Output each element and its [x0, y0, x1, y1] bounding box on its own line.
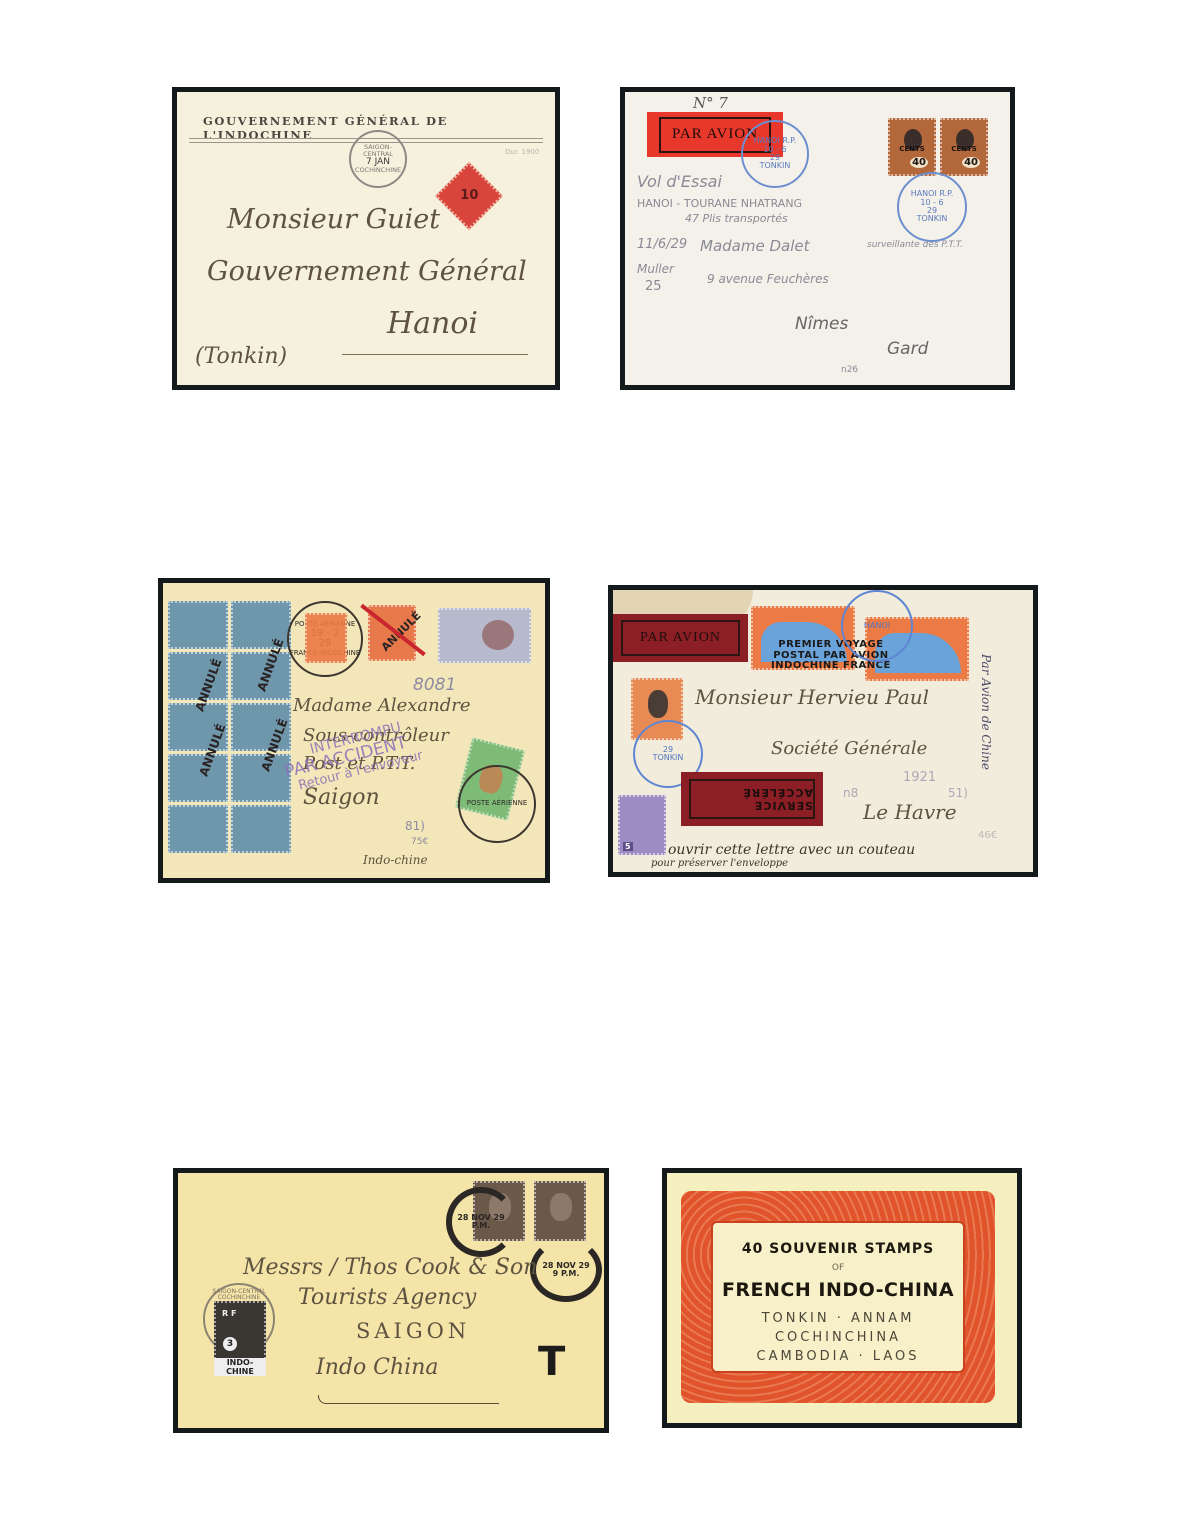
cover-thos-cook: 28 NOV 29 P.M. 28 NOV 29 9 P.M. Messrs /… — [173, 1168, 609, 1433]
stamp-orange-1 — [305, 613, 347, 663]
ornamental-frame: 40 SOUVENIR STAMPS OF FRENCH INDO-CHINA … — [681, 1191, 995, 1403]
address-line-1: Madame Dalet — [700, 237, 809, 255]
plis-note: 47 Plis transportés — [685, 212, 788, 225]
pencil-note-1921: 1921 — [903, 770, 936, 785]
number-note: N° 7 — [693, 94, 728, 112]
count-note: 25 — [645, 279, 662, 294]
address-line-3: 9 avenue Feuchères — [707, 272, 829, 286]
address-underline — [318, 1395, 499, 1404]
booklet-title: FRENCH INDO-CHINA — [722, 1279, 954, 1301]
cover-accident-mail: ANNULÉ ANNULÉ ANNULÉ ANNULÉ POSTE AÉRIEN… — [158, 578, 550, 883]
address-line-2: Tourists Agency — [298, 1285, 476, 1310]
address-line-4: Indo China — [316, 1355, 439, 1380]
underline — [342, 354, 528, 355]
inventory-note: n26 — [841, 365, 858, 375]
address-line-3: Hanoi — [387, 306, 478, 341]
tax-mark: T — [538, 1339, 565, 1385]
envelope: N° 7 PAR AVION HANOI R.P. 10 - 6 29 TONK… — [625, 92, 1010, 385]
cover-premier-voyage: PAR AVION PREMIER VOYAGE POSTAL PAR AVIO… — [608, 585, 1038, 877]
region-line-1: TONKIN · ANNAM — [762, 1311, 915, 1326]
address-line-1: Monsieur Guiet — [227, 204, 440, 235]
envelope: ANNULÉ ANNULÉ ANNULÉ ANNULÉ POSTE AÉRIEN… — [163, 583, 545, 878]
poste-aerienne-cancel-2: POSTE AÉRIENNE — [458, 765, 536, 843]
stamp-india-2 — [534, 1181, 586, 1241]
pencil-note-81: 81) — [405, 819, 425, 833]
address-line-4: (Tonkin) — [195, 344, 287, 369]
address-line-1: Messrs / Thos Cook & Son — [243, 1255, 537, 1280]
side-note: Par Avion de Chine — [998, 620, 1018, 810]
vignette-aerienne — [438, 608, 531, 663]
region-line-2: COCHINCHINA — [775, 1330, 901, 1345]
address-line-3: SAIGON — [356, 1319, 470, 1343]
address-line-3: Le Havre — [863, 800, 957, 824]
booklet-line-1: 40 SOUVENIR STAMPS — [742, 1241, 934, 1257]
bottom-note-2: pour préserver l'enveloppe — [651, 858, 788, 869]
cover-gouvernement-general: GOUVERNEMENT GÉNÉRAL DE L'INDOCHINE SAIG… — [172, 87, 560, 390]
region-line-3: CAMBODIA · LAOS — [757, 1349, 920, 1364]
number-note: 8081 — [413, 675, 456, 695]
address-line-2: surveillante des P.T.T. — [867, 240, 963, 250]
cover-hanoi-airmail: N° 7 PAR AVION HANOI R.P. 10 - 6 29 TONK… — [620, 87, 1015, 390]
india-cancel-1: 28 NOV 29 P.M. — [446, 1187, 516, 1257]
muller-note: Muller — [637, 262, 674, 276]
bottom-note-1: ouvrir cette lettre avec un couteau — [668, 842, 915, 858]
booklet-cover: 40 SOUVENIR STAMPS OF FRENCH INDO-CHINA … — [667, 1173, 1017, 1423]
envelope: GOUVERNEMENT GÉNÉRAL DE L'INDOCHINE SAIG… — [177, 92, 555, 385]
pencil-note-n8: n8 — [843, 786, 858, 800]
service-accelere-label: SERVICE ACCÉLÉRÉ — [681, 772, 823, 826]
route-note: HANOI - TOURANE NHATRANG — [637, 197, 802, 210]
envelope: PAR AVION PREMIER VOYAGE POSTAL PAR AVIO… — [613, 590, 1033, 872]
stamp-red: 10 — [435, 162, 503, 230]
par-avion-label: PAR AVION — [613, 614, 748, 662]
saigon-cancel: SAIGON-CENTRAL 7 JAN COCHINCHINE — [349, 130, 407, 188]
date-note: 11/6/29 — [637, 237, 687, 252]
stamp-violet-5c: 5 — [618, 795, 666, 855]
address-line-4: Nîmes — [795, 314, 848, 334]
pencil-note-price: 46€ — [978, 830, 997, 841]
souvenir-stamp-booklet: 40 SOUVENIR STAMPS OF FRENCH INDO-CHINA … — [662, 1168, 1022, 1428]
pencil-note-price: 75€ — [411, 837, 428, 847]
address-line-5: Gard — [887, 339, 928, 359]
tonkin-cancel-2: HANOI R.P. 10 - 6 29 TONKIN — [897, 172, 967, 242]
pencil-note-51: 51) — [948, 786, 968, 800]
stamp-40c-2: CENTS 40 — [940, 118, 988, 176]
envelope: 28 NOV 29 P.M. 28 NOV 29 9 P.M. Messrs /… — [178, 1173, 604, 1428]
hanoi-cancel: HANOI — [841, 590, 913, 662]
address-line-1: Madame Alexandre — [293, 695, 471, 716]
address-line-5: Indo-chine — [363, 853, 428, 867]
pencil-note: Dur. 1900 — [505, 148, 539, 156]
postage-due-stamp: R F 3 INDO-CHINE — [214, 1301, 266, 1367]
address-line-2: Société Générale — [771, 738, 927, 759]
stamp-40c-1: CENTS 40 — [888, 118, 936, 176]
title-panel: 40 SOUVENIR STAMPS OF FRENCH INDO-CHINA … — [711, 1221, 965, 1373]
address-line-1: Monsieur Hervieu Paul — [695, 685, 929, 709]
vol-essai-note: Vol d'Essai — [637, 172, 722, 191]
india-cancel-2: 28 NOV 29 9 P.M. — [530, 1238, 602, 1302]
tonkin-cancel-1: HANOI R.P. 10 - 6 29 TONKIN — [741, 120, 809, 188]
address-line-2: Gouvernement Général — [207, 256, 527, 287]
booklet-line-2: OF — [832, 1263, 844, 1273]
